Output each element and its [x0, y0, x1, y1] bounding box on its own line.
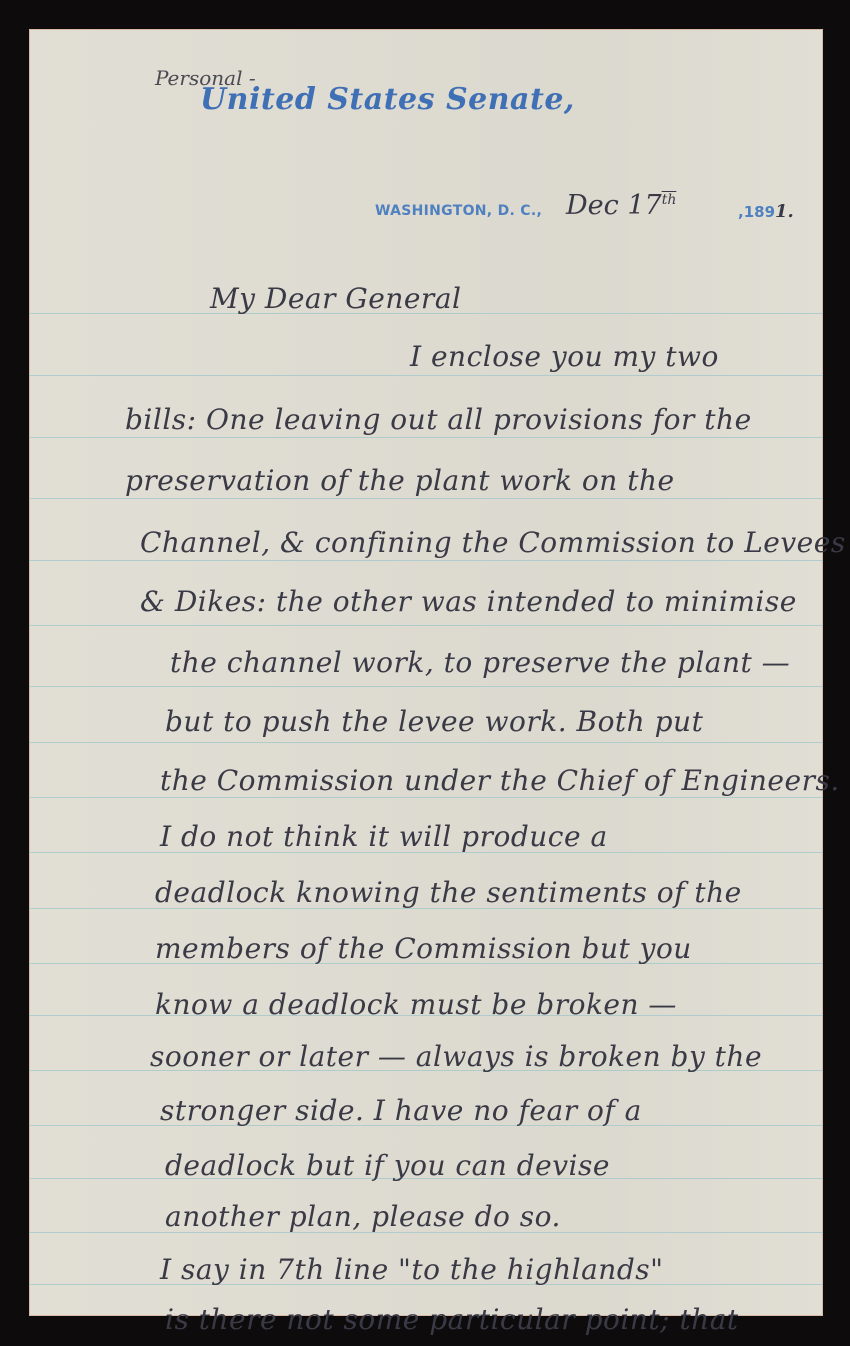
body-line-text: & Dikes: the other was intended to minim… — [140, 585, 797, 618]
body-line: deadlock but if you can devise — [165, 1149, 610, 1182]
letterhead-place: WASHINGTON, D. C., — [375, 203, 542, 219]
body-line: deadlock knowing the sentiments of the — [155, 876, 742, 909]
letterhead-title: United States Senate, — [200, 82, 600, 117]
letterhead-year: ,1891. — [738, 201, 794, 222]
ruled-line — [29, 375, 823, 376]
body-line: I do not think it will produce a — [160, 820, 608, 853]
body-line: members of the Commission but you — [155, 932, 692, 965]
ruled-line — [29, 797, 823, 798]
body-line: is there not some particular point; that — [165, 1303, 739, 1336]
handwritten-date: Dec 17th — [566, 190, 676, 221]
body-line: & Dikes: the other was intended to minim… — [140, 585, 797, 618]
date-suffix: th — [662, 192, 677, 208]
body-line: preservation of the plant work on the — [125, 464, 675, 497]
body-line: I enclose you my two — [410, 340, 719, 373]
ruled-line — [29, 437, 823, 438]
year-suffix: 1. — [775, 201, 794, 222]
body-line: but to push the levee work. Both put — [165, 705, 703, 738]
ruled-line — [29, 625, 823, 626]
body-line: know a deadlock must be broken — — [155, 988, 677, 1021]
body-line: the channel work, to preserve the plant … — [170, 646, 790, 679]
ruled-line — [29, 686, 823, 687]
body-line: bills: One leaving out all provisions fo… — [125, 403, 752, 436]
date-text: Dec 17 — [566, 190, 662, 221]
body-line: I say in 7th line "to the highlands" — [160, 1253, 664, 1286]
body-line: stronger side. I have no fear of a — [160, 1094, 642, 1127]
year-prefix: ,189 — [738, 203, 775, 221]
body-line: sooner or later — always is broken by th… — [150, 1040, 762, 1073]
body-line: Channel, & confining the Commission to L… — [140, 526, 846, 559]
ruled-line — [29, 742, 823, 743]
body-line: the Commission under the Chief of Engine… — [160, 764, 840, 797]
body-line: another plan, please do so. — [165, 1200, 561, 1233]
ruled-line — [29, 560, 823, 561]
salutation: My Dear General — [210, 282, 461, 315]
ruled-line — [29, 498, 823, 499]
